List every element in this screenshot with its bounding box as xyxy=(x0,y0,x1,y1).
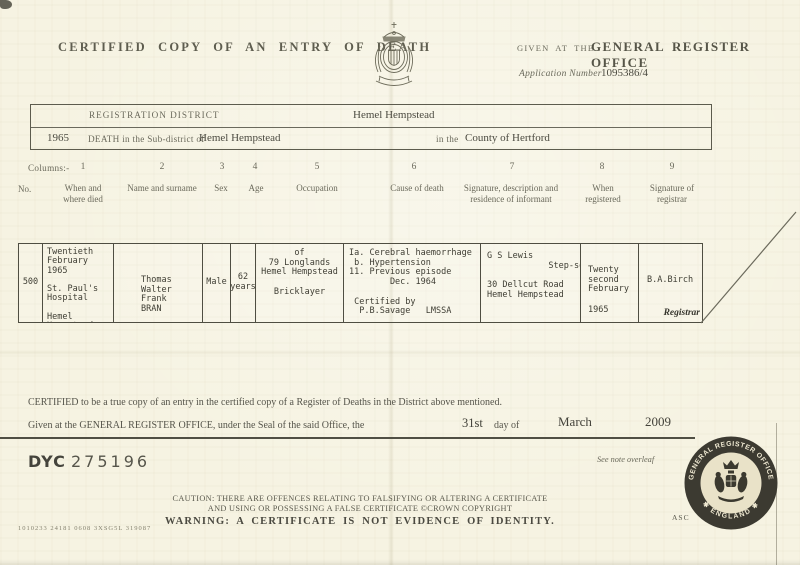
column-number-6: 6 xyxy=(406,162,422,172)
given-at-label: GIVEN AT THE xyxy=(517,43,594,53)
column-number-2: 2 xyxy=(154,162,170,172)
royal-coat-of-arms-icon xyxy=(368,20,420,88)
month-value: March xyxy=(558,414,592,430)
column-header-no: No. xyxy=(18,184,48,195)
cell-when-registered: Twenty second February 1965 xyxy=(581,244,639,322)
cell-age: 62 years xyxy=(231,244,256,322)
death-certificate-page: CERTIFIED COPY OF AN ENTRY OF DEATH GIVE… xyxy=(0,0,800,565)
cell-occupation: of 79 Longlands Hemel Hempstead Bricklay… xyxy=(256,244,344,322)
district-name: Hemel Hempstead xyxy=(353,109,435,121)
fold-line-horizontal xyxy=(0,350,800,355)
application-number-label: Application Number xyxy=(519,69,602,79)
gro-seal-icon: GENERAL REGISTER OFFICE ✱ ENGLAND ✱ xyxy=(681,433,781,533)
column-number-4: 4 xyxy=(247,162,263,172)
cell-name-surname: Thomas Walter Frank BRAN xyxy=(114,244,203,322)
when-registered-year: 1965 xyxy=(588,306,608,316)
caution-line-1: CAUTION: THERE ARE OFFENCES RELATING TO … xyxy=(60,494,660,504)
cell-registrar: B.A.Birch Registrar xyxy=(639,244,704,322)
district-label: REGISTRATION DISTRICT xyxy=(89,110,219,120)
day-of-label: day of xyxy=(494,420,519,431)
application-number-value: 1095386/4 xyxy=(601,67,648,79)
column-header-age: Age xyxy=(241,183,271,194)
serial-number-block: DYC 275196 xyxy=(28,452,150,471)
serial-prefix: DYC xyxy=(28,452,66,471)
sub-district-value: Hemel Hempstead xyxy=(199,132,281,144)
form-code: 1010233 24181 0608 3XSG5L 319087 xyxy=(18,525,151,532)
when-registered-text: Twenty second February xyxy=(588,266,629,295)
column-number-7: 7 xyxy=(504,162,520,172)
see-note-overleaf: See note overleaf xyxy=(597,455,654,464)
column-header-name-surname: Name and surname xyxy=(112,183,212,194)
day-value: 31st xyxy=(462,416,483,431)
column-header-sex: Sex xyxy=(206,183,236,194)
column-number-1: 1 xyxy=(75,162,91,172)
footer-rule xyxy=(0,437,695,439)
district-year: 1965 xyxy=(47,132,69,144)
serial-number: 275196 xyxy=(71,452,150,471)
district-box: REGISTRATION DISTRICT Hemel Hempstead 19… xyxy=(30,104,712,150)
column-number-5: 5 xyxy=(309,162,325,172)
column-header-signature-registrar: Signature of registrar xyxy=(637,183,707,204)
death-in-label: DEATH in the Sub-district of xyxy=(88,134,205,144)
given-line: Given at the GENERAL REGISTER OFFICE, un… xyxy=(28,420,364,431)
certified-line: CERTIFIED to be a true copy of an entry … xyxy=(28,397,502,408)
district-box-divider xyxy=(31,127,711,128)
column-header-when-where-died: When and where died xyxy=(48,183,118,204)
cell-cause-of-death: Ia. Cerebral haemorrhage b. Hypertension… xyxy=(344,244,481,322)
caution-line-2: AND USING OR POSSESSING A FALSE CERTIFIC… xyxy=(60,504,660,514)
cell-sex: Male xyxy=(203,244,231,322)
entry-table: 500 Twentieth February 1965 St. Paul's H… xyxy=(18,243,703,323)
scan-mark xyxy=(0,0,12,9)
column-header-occupation: Occupation xyxy=(277,183,357,194)
year-value: 2009 xyxy=(645,414,671,430)
column-number-8: 8 xyxy=(594,162,610,172)
cell-when-where-died: Twentieth February 1965 St. Paul's Hospi… xyxy=(43,244,114,322)
county-value: County of Hertford xyxy=(465,132,550,144)
registrar-signature: B.A.Birch xyxy=(647,276,693,286)
cell-informant: G S Lewis Step-son 30 Dellcut Road Hemel… xyxy=(481,244,581,322)
column-number-9: 9 xyxy=(664,162,680,172)
in-the-label: in the xyxy=(436,134,458,144)
registrar-label: Registrar xyxy=(664,309,700,319)
column-header-informant: Signature, description and residence of … xyxy=(436,183,586,204)
bottom-shade xyxy=(0,559,800,565)
diagonal-strike-line xyxy=(700,211,797,325)
cell-entry-no: 500 xyxy=(19,244,43,322)
columns-label: Columns:- xyxy=(28,163,70,173)
column-header-when-registered: When registered xyxy=(573,183,633,204)
column-number-3: 3 xyxy=(214,162,230,172)
